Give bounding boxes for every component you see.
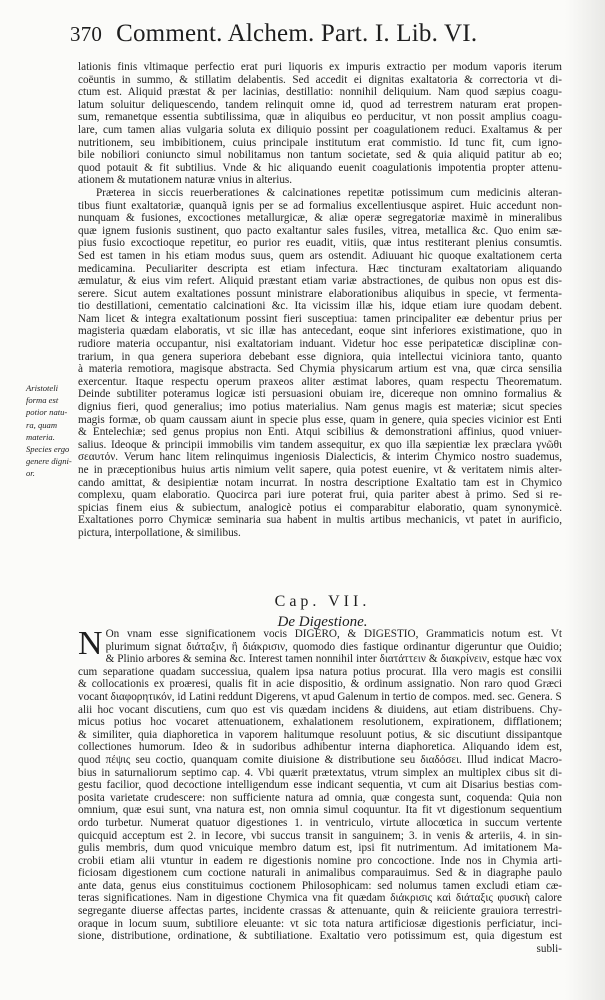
margin-note-line: potior natu- xyxy=(26,406,78,418)
text-line: quæ ignem fusionis sustinent, quo pacto … xyxy=(78,225,562,238)
text-line: Præterea in siccis reuerberationes & cal… xyxy=(78,187,562,200)
margin-note-line: materia. xyxy=(26,431,78,443)
text-line: Exaltationes porro Chymicæ seminaria sua… xyxy=(78,514,562,527)
text-line: On vnam esse significationem vocis DIGER… xyxy=(106,628,562,641)
text-line: à materia remotiora, magisque abstracta.… xyxy=(78,363,562,376)
text-line: ficiosam digestionem cum coctione natura… xyxy=(78,867,562,880)
text-line: & Entelechiæ; sed genus propius non Enti… xyxy=(78,426,562,439)
text-line: ne in præceptionibus huius artis nimium … xyxy=(78,464,562,477)
text-line: magisteria quædam elaboratis, vt sic ill… xyxy=(78,325,562,338)
text-line: vocant διαφορητικόν, id Latini reddunt D… xyxy=(78,691,562,704)
text-line: oraque in locum suum, subtiliore eleuant… xyxy=(78,918,562,931)
text-line: tibus fiunt exaltatoriæ, quanquã ignis p… xyxy=(78,200,562,213)
text-line: segregante diuerse affectas partes, inci… xyxy=(78,905,562,918)
text-line: complexu, quam elaboratio. Quocirca pari… xyxy=(78,489,562,502)
text-line: rudiore materia occupantur, nisi exaltat… xyxy=(78,338,562,351)
text-line: plurimum signat διάταξιν, ἢ διάκρισιν, q… xyxy=(106,641,562,654)
text-line: sione, distributione, ordinatione, & sub… xyxy=(78,930,562,943)
text-line: spicias finem eius & subiectum, analogic… xyxy=(78,502,562,515)
text-line: sum, remanetque essentia subtilissima, q… xyxy=(78,111,562,124)
text-line: alii hoc vocant discutiens, cum quo est … xyxy=(78,704,562,717)
paragraph-exaltation-continued: lationis finis vltimaque perfectio erat … xyxy=(78,61,562,187)
text-line: teras significationes. Nam in digestione… xyxy=(78,892,562,905)
marginal-note: Aristoteli forma est potior natu- ra, qu… xyxy=(26,382,78,480)
text-line: cando amittat, & desipientiæ notam incur… xyxy=(78,477,562,490)
text-line: crobii etiam alii vtuntur in eadem re di… xyxy=(78,855,562,868)
margin-note-line: Aristoteli xyxy=(26,382,78,394)
text-line: collectiones humorum. Ideo & in sudoribu… xyxy=(78,741,562,754)
text-line: tio destillationi, cementatio calcinatio… xyxy=(78,300,562,313)
running-title: Comment. Alchem. Part. I. Lib. VI. xyxy=(116,20,477,47)
text-line: Sed est tamen in his etiam modus suus, q… xyxy=(78,250,562,263)
text-line: æmulatur, & eius vim refert. Aliquid præ… xyxy=(78,275,562,288)
margin-note-line: Species ergo xyxy=(26,443,78,455)
text-line: bile nobiliori coniuncto simul nobilitam… xyxy=(78,149,562,162)
catchword: subli- xyxy=(78,943,562,956)
text-line: Deinde subtiliter poteramus logicæ isti … xyxy=(78,388,562,401)
text-line: σεαυτόν. Verum hanc litem relinquimus in… xyxy=(78,451,562,464)
text-line: latum soluitur deliquescendo, tandem rel… xyxy=(78,99,562,112)
text-line: ordo turbetur. Numerat quatuor digestion… xyxy=(78,817,562,830)
margin-note-line: genere digni- xyxy=(26,455,78,467)
text-line: ante data, genus eius constituimus cocti… xyxy=(78,880,562,893)
page-edge-shadow xyxy=(565,0,605,1000)
text-line: micus potius hoc vocaret attenuationem, … xyxy=(78,716,562,729)
text-line: bius in saturnaliorum septimo cap. 4. Vb… xyxy=(78,767,562,780)
paragraph-praeterea: Præterea in siccis reuerberationes & cal… xyxy=(78,187,562,540)
text-line: nunquam & fusiones, excoctiones metallur… xyxy=(78,212,562,225)
text-line: magis formæ, ob quam caussam aiunt in sp… xyxy=(78,414,562,427)
text-line: ationem & mutationem naturæ vnius in alt… xyxy=(78,174,562,187)
main-text-block: lationis finis vltimaque perfectio erat … xyxy=(78,61,562,540)
drop-cap-initial: N xyxy=(78,630,103,656)
text-line: gulis membris, dum quod vnicuique membro… xyxy=(78,842,562,855)
text-line: serere. Sicut autem exaltationes possunt… xyxy=(78,288,562,301)
text-line: lationis finis vltimaque perfectio erat … xyxy=(78,61,562,74)
text-line: omnium, quæ esui sunt, vna natura est, n… xyxy=(78,804,562,817)
text-line: coëuntis in summo, & stillatim delabenti… xyxy=(78,74,562,87)
text-line: quod potauit & fit subtilius. Vnde & hic… xyxy=(78,162,562,175)
running-header: 370Comment. Alchem. Part. I. Lib. VI. xyxy=(70,20,570,48)
margin-note-line: forma est xyxy=(26,394,78,406)
text-line: pictura, interpollatione, & similibus. xyxy=(78,527,562,540)
text-line: & collocationis ex proæresi, qualis fit … xyxy=(78,678,562,691)
text-line: quod πέψις seu coctio, quanquam comite d… xyxy=(78,754,562,767)
text-line: exercentur. Itaque respectu operum praxe… xyxy=(78,376,562,389)
text-line: & similiter, quia diaphoretica in vapore… xyxy=(78,729,562,742)
text-line: trarium, in qua genera superiora debeban… xyxy=(78,351,562,364)
chapter-text-block: N On vnam esse significationem vocis DIG… xyxy=(78,628,562,955)
text-line: gestu facilior, quod decoctione intellig… xyxy=(78,779,562,792)
page-number: 370 xyxy=(70,22,102,46)
text-line: lare, cum tamen alias vulgaria soluta ex… xyxy=(78,124,562,137)
margin-note-line: ra, quam xyxy=(26,419,78,431)
text-line: quicquid acceptum est 2. in Iecore, vbi … xyxy=(78,830,562,843)
margin-note-line: or. xyxy=(26,467,78,479)
text-line: & Plinio arbores & semina &c. Interest t… xyxy=(106,653,562,666)
text-line: posita varietate crudescere: non suffici… xyxy=(78,792,562,805)
text-line: medicamina. Peculiariter descripta est e… xyxy=(78,263,562,276)
text-line: salius. Ideoque & principii immobilis vi… xyxy=(78,439,562,452)
text-line: pius fusio excoctioque repetitur, eo pur… xyxy=(78,237,562,250)
text-line: Nam licet & integra exaltationum possint… xyxy=(78,313,562,326)
text-line: cum separatione quadam successiua, quale… xyxy=(78,666,562,679)
chapter-heading: Cap. VII. xyxy=(0,593,605,611)
text-line: ctum est. Aliquid præstat & per lacinias… xyxy=(78,86,562,99)
text-line: dignius fieri, quod generalius; imo poti… xyxy=(78,401,562,414)
text-line: nutritionem, seu imbibitionem, cuius pri… xyxy=(78,137,562,150)
